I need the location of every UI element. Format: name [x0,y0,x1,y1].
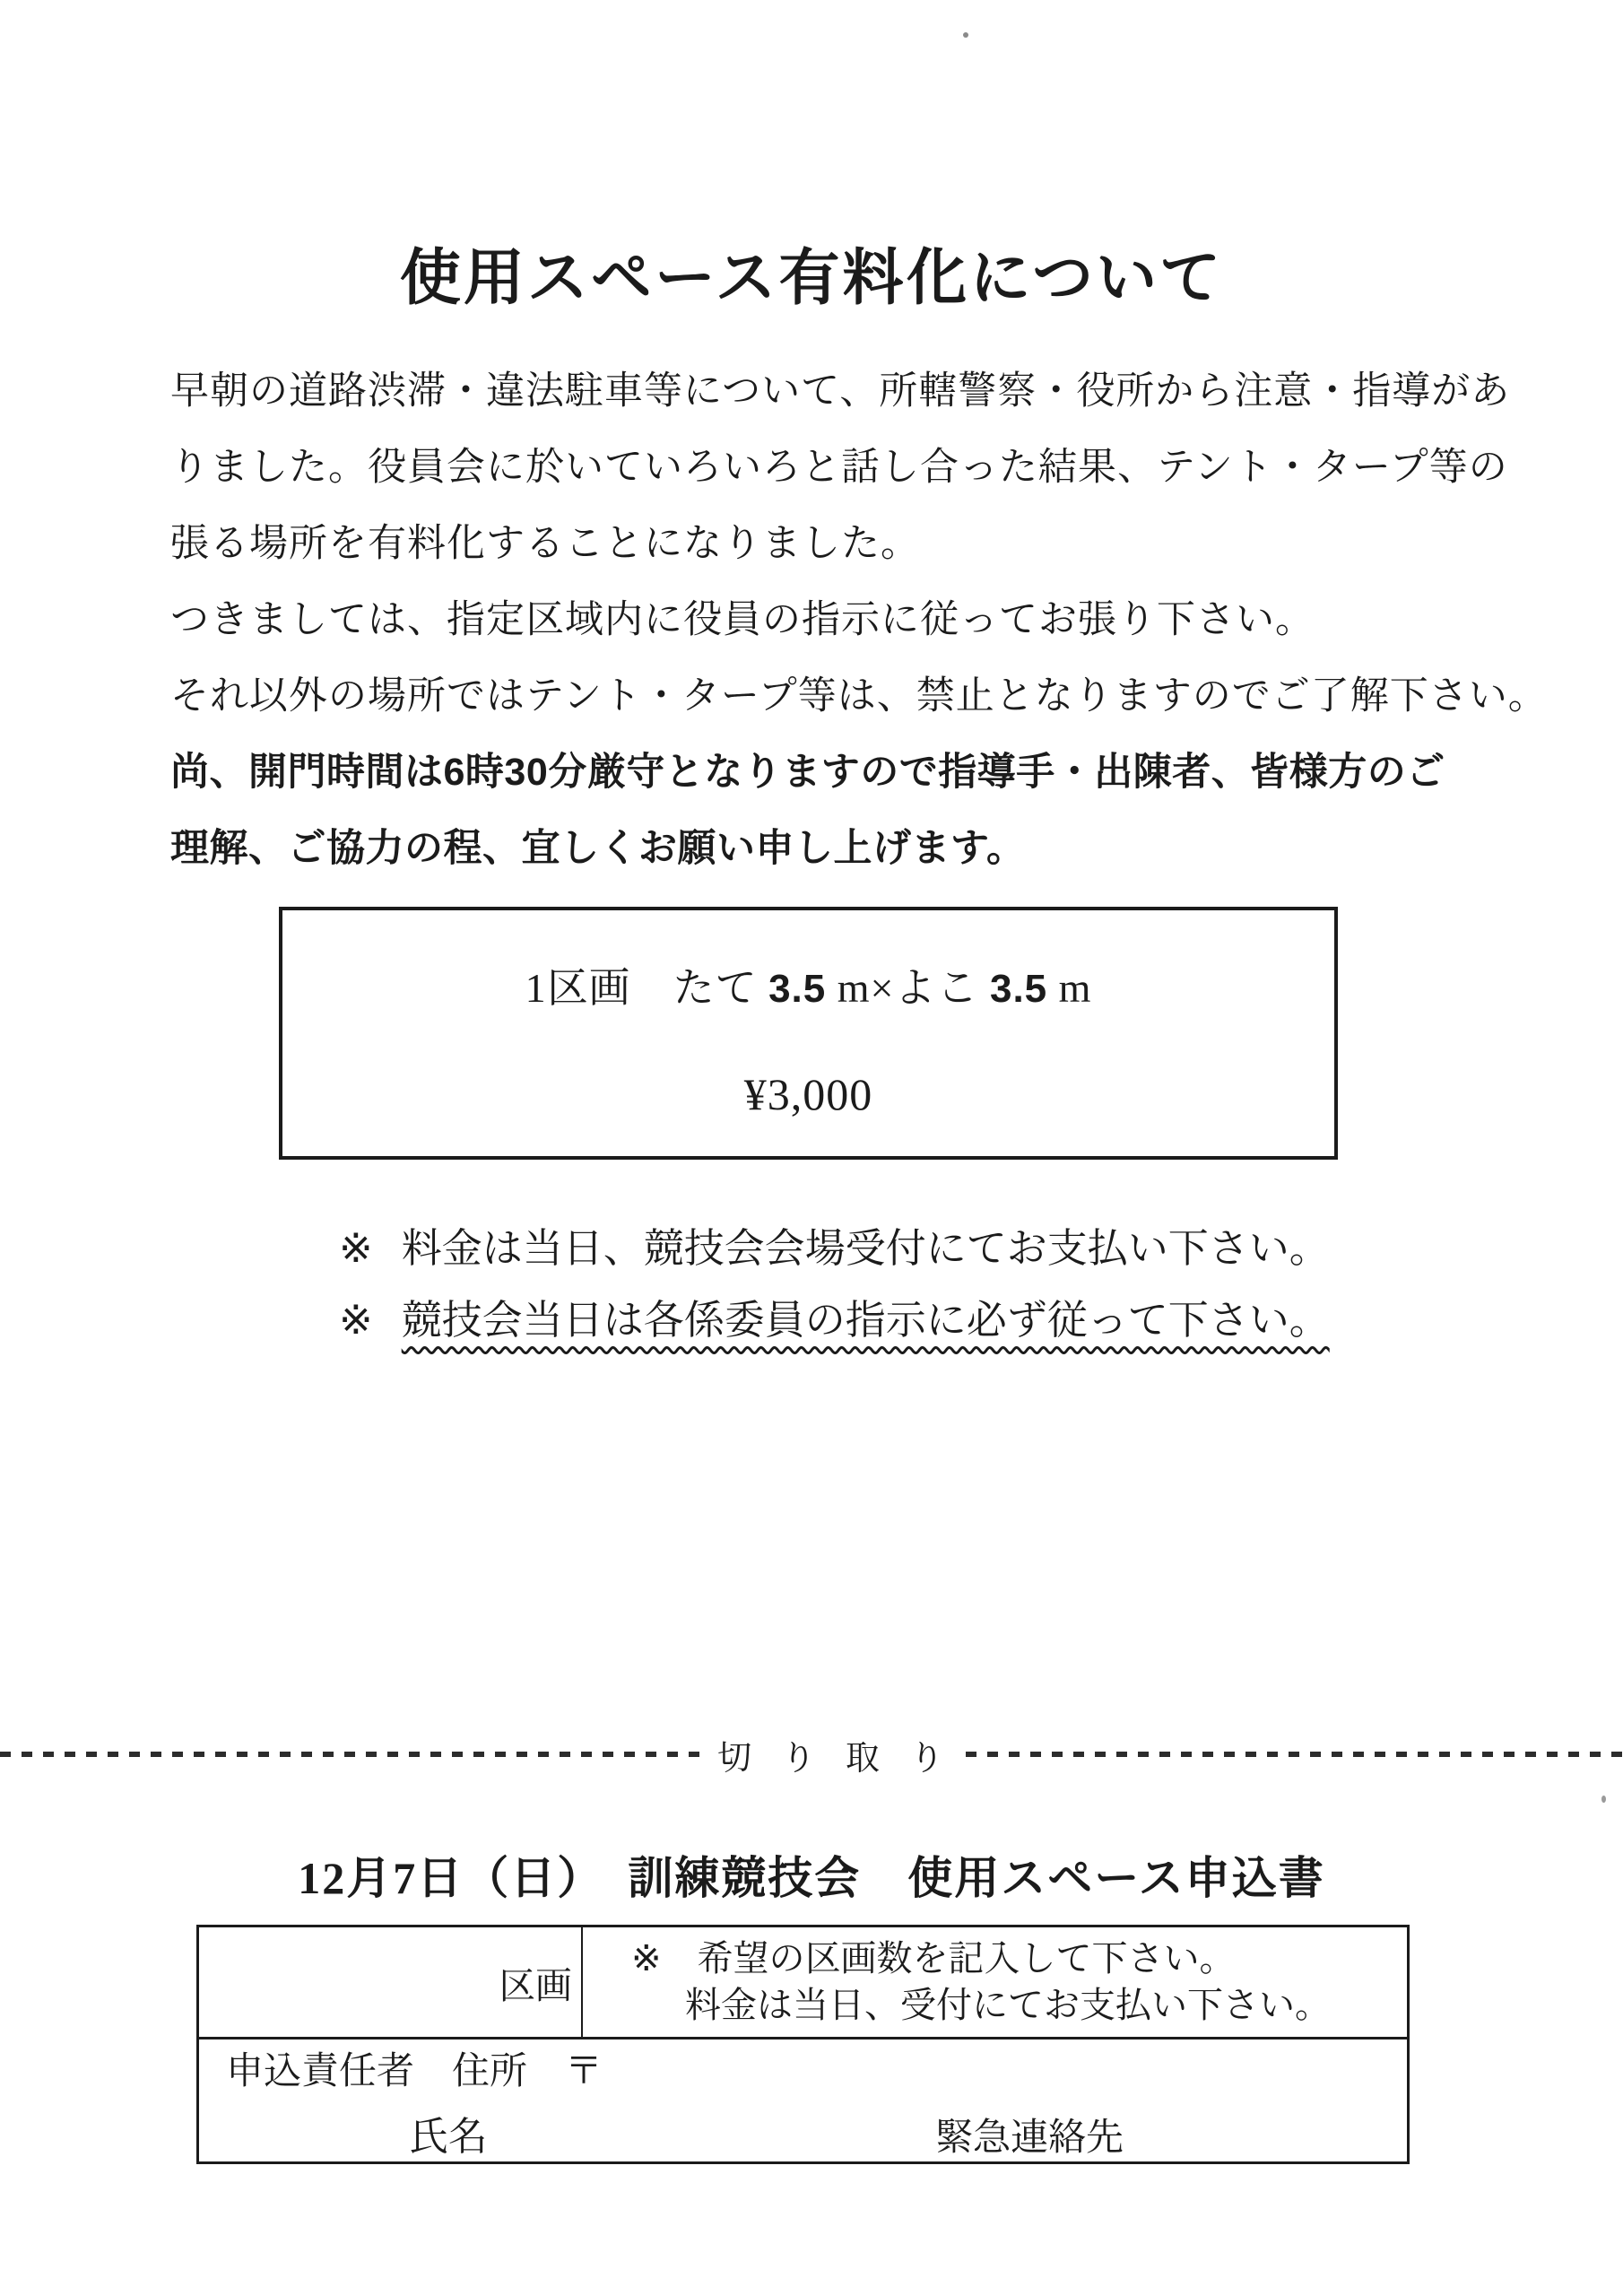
table-row: 申込責任者 住所 〒 氏名 緊急連絡先 [199,2042,1407,2161]
body-line: それ以外の場所ではテント・タープ等は、禁止となりますのでご了解下さい。 [170,658,1515,735]
body-paragraph: 早朝の道路渋滞・違法駐車等について、所轄警察・役所から注意・指導があ りました。… [170,353,1515,887]
body-line: りました。役員会に於いていろいろと話し合った結果、テント・タープ等の [170,430,1515,506]
name-label: 氏名 [409,2118,488,2157]
body-line: 早朝の道路渋滞・違法駐車等について、所轄警察・役所から注意・指導があ [170,353,1515,430]
cut-line: 切 り 取 り [0,1736,1623,1772]
note-marker: ※ [339,1284,373,1356]
spec-text: m×よこ [826,965,990,1011]
emphasis-line: 尚、開門時間は6時30分厳守となりますので指導手・出陳者、皆様方のご [170,735,1515,811]
spec-text: 1区画 たて [525,965,769,1011]
document-page: 使用スペース有料化について 早朝の道路渋滞・違法駐車等について、所轄警察・役所か… [0,0,1623,2296]
section-label: 区画 [499,1956,572,2009]
page-title: 使用スペース有料化について [0,230,1623,317]
note-text-wavy-underlined: 競技会当日は各係委員の指示に必ず従って下さい。 [402,1298,1330,1343]
price-box: 1区画 たて 3.5 m×よこ 3.5 m ¥3,000 [279,907,1338,1160]
spec-text: m [1047,965,1091,1011]
instruction-line: 料金は当日、受付にてお支払い下さい。 [631,1983,1407,2028]
spec-dimension-value: 3.5 [990,967,1047,1011]
emergency-contact-label: 緊急連絡先 [935,2118,1124,2157]
scan-speck [963,32,968,38]
note-item: ※競技会当日は各係委員の指示に必ず従って下さい。 [339,1284,1330,1356]
body-line: つきましては、指定区域内に役員の指示に従ってお張り下さい。 [170,582,1515,658]
section-cell: 区画 [199,1927,583,2037]
spec-dimension-value: 3.5 [768,967,826,1011]
cut-dashed-line [966,1752,1623,1757]
table-row: 区画 ※ 希望の区画数を記入して下さい。 料金は当日、受付にてお支払い下さい。 [199,1927,1407,2039]
notes-section: ※料金は当日、競技会会場受付にてお支払い下さい。 ※競技会当日は各係委員の指示に… [339,1213,1330,1356]
price-spec-line: 1区画 たて 3.5 m×よこ 3.5 m [282,964,1334,1013]
cut-dashed-line [0,1752,707,1757]
body-line: 張る場所を有料化することになりました。 [170,506,1515,582]
cut-label: 切 り 取 り [717,1730,955,1779]
scan-speck [1601,1796,1606,1803]
application-table: 区画 ※ 希望の区画数を記入して下さい。 料金は当日、受付にてお支払い下さい。 … [196,1925,1410,2164]
note-marker: ※ [339,1213,373,1284]
instruction-line: ※ 希望の区画数を記入して下さい。 [631,1936,1407,1981]
note-text: 料金は当日、競技会会場受付にてお支払い下さい。 [402,1226,1330,1271]
emphasis-line: 理解、ご協力の程、宜しくお願い申し上げます。 [170,811,1515,887]
instructions-cell: ※ 希望の区画数を記入して下さい。 料金は当日、受付にてお支払い下さい。 [585,1927,1407,2037]
price-amount: ¥3,000 [282,1070,1334,1118]
applicant-address-label: 申込責任者 住所 〒 [226,2051,603,2091]
note-item: ※料金は当日、競技会会場受付にてお支払い下さい。 [339,1213,1330,1284]
form-title: 12月7日（日） 訓練競技会 使用スペース申込書 [0,1842,1623,1907]
